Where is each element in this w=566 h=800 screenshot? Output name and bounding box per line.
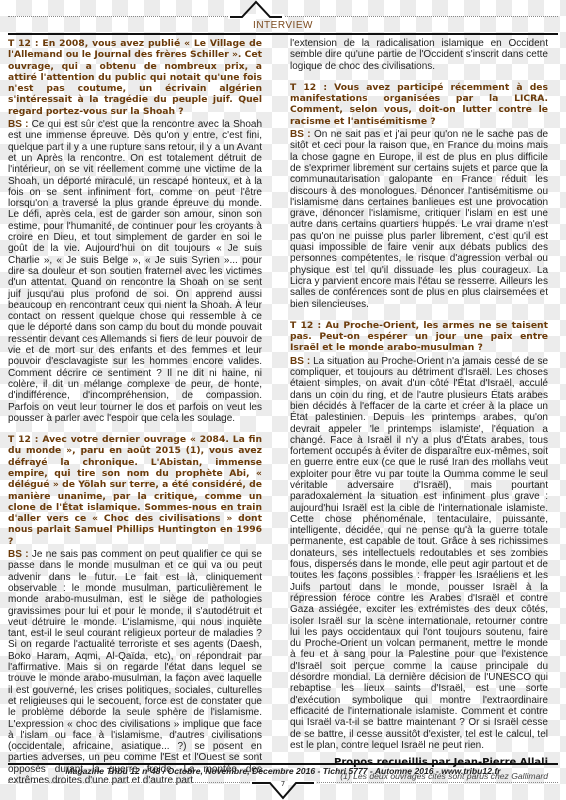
page-number: 7	[0, 780, 566, 788]
left-column: T 12 : En 2008, vous avez publié « Le Vi…	[8, 38, 262, 796]
question-4: T 12 : Au Proche-Orient, les armes ne se…	[290, 320, 548, 354]
publication-info: Magazine Tribu 12 n°48 / Octobre, Novemb…	[0, 766, 566, 776]
speaker-label: BS :	[8, 549, 29, 560]
answer-1-text: Ce qui est sûr c'est que la rencontre av…	[8, 119, 262, 424]
footer-rule	[8, 763, 558, 765]
right-column: l'extension de la radicalisation islamiq…	[290, 38, 548, 783]
answer-2: BS : Je ne sais pas comment on peut qual…	[8, 549, 262, 786]
question-3: T 12 : Vous avez participé récemment à d…	[290, 82, 548, 127]
magazine-page: INTERVIEW T 12 : En 2008, vous avez publ…	[0, 0, 566, 800]
answer-4-text: La situation au Proche-Orient n'a jamais…	[290, 356, 548, 751]
question-1: T 12 : En 2008, vous avez publié « Le Vi…	[8, 38, 262, 117]
header-rule	[8, 33, 558, 35]
question-2: T 12 : Avec votre dernier ouvrage « 2084…	[8, 434, 262, 547]
answer-1: BS : Ce qui est sûr c'est que la rencont…	[8, 119, 262, 424]
speaker-label: BS :	[290, 356, 310, 367]
section-label: INTERVIEW	[0, 20, 566, 31]
header-peak-ornament	[228, 0, 284, 19]
answer-3-text: On ne sait pas et j'ai peur qu'on ne le …	[290, 129, 548, 309]
speaker-label: BS :	[8, 119, 28, 130]
answer-2-continued: l'extension de la radicalisation islamiq…	[290, 38, 548, 72]
answer-3: BS : On ne sait pas et j'ai peur qu'on n…	[290, 129, 548, 310]
speaker-label: BS :	[290, 129, 311, 140]
answer-4: BS : La situation au Proche-Orient n'a j…	[290, 356, 548, 751]
answer-2-text: Je ne sais pas comment on peut qualifier…	[8, 549, 262, 786]
